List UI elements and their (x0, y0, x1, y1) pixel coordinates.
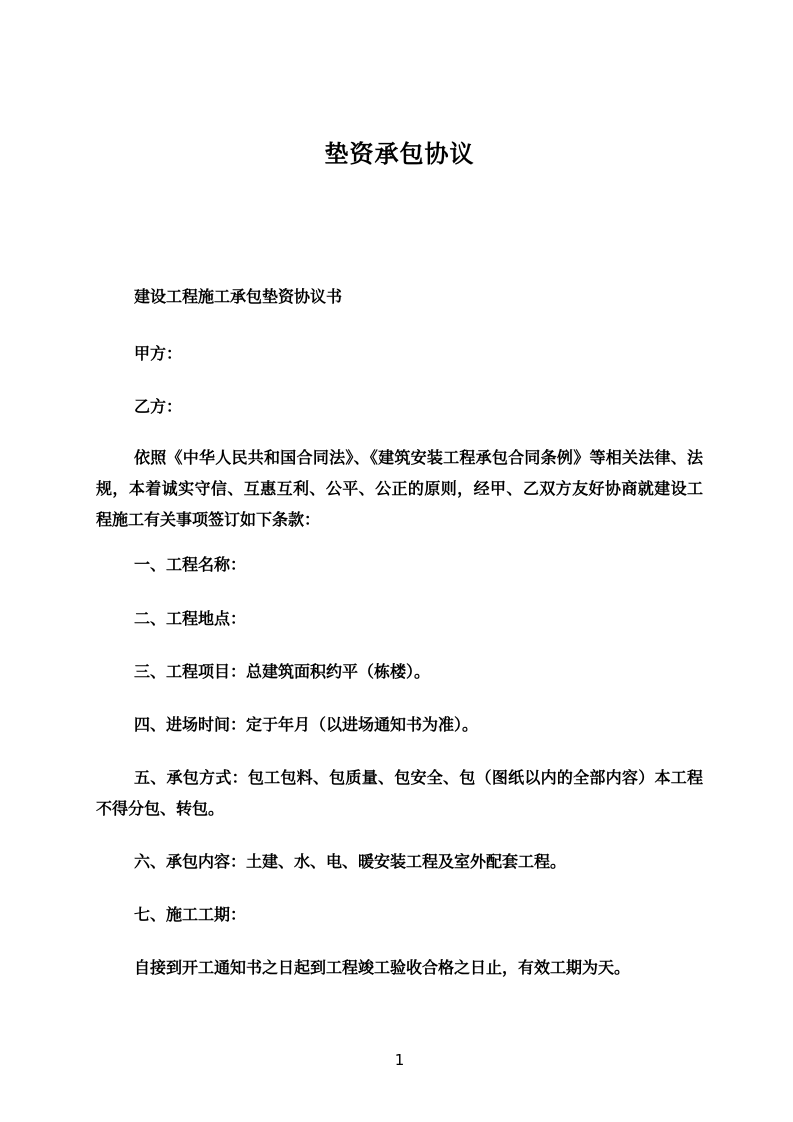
clause-4-entry-time: 四、进场时间：定于年月（以进场通知书为准）。 (96, 709, 703, 740)
clause-3-project-items: 三、工程项目：总建筑面积约平（栋楼）。 (96, 656, 703, 687)
clause-1-project-name: 一、工程名称： (96, 549, 703, 580)
clause-6-contracting-content: 六、承包内容：土建、水、电、暖安装工程及室外配套工程。 (96, 846, 703, 877)
page-number: 1 (96, 1049, 703, 1071)
clause-2-project-location: 二、工程地点： (96, 603, 703, 634)
clause-7-construction-period: 七、施工工期： (96, 899, 703, 930)
document-body: 垫资承包协议 建设工程施工承包垫资协议书 甲方： 乙方： 依照《中华人民共和国合… (96, 0, 703, 983)
document-title: 垫资承包协议 (96, 139, 703, 169)
preamble-paragraph: 依照《中华人民共和国合同法》、《建筑安装工程承包合同条例》等相关法律、法规，本着… (96, 442, 703, 535)
clause-5-contracting-method: 五、承包方式：包工包料、包质量、包安全、包（图纸以内的全部内容）本工程不得分包、… (96, 762, 703, 824)
document-page: 垫资承包协议 建设工程施工承包垫资协议书 甲方： 乙方： 依照《中华人民共和国合… (0, 0, 793, 1122)
party-b-line: 乙方： (96, 391, 703, 422)
party-a-line: 甲方： (96, 338, 703, 369)
construction-period-detail: 自接到开工通知书之日起到工程竣工验收合格之日止，有效工期为天。 (96, 952, 703, 983)
subtitle: 建设工程施工承包垫资协议书 (96, 281, 703, 312)
